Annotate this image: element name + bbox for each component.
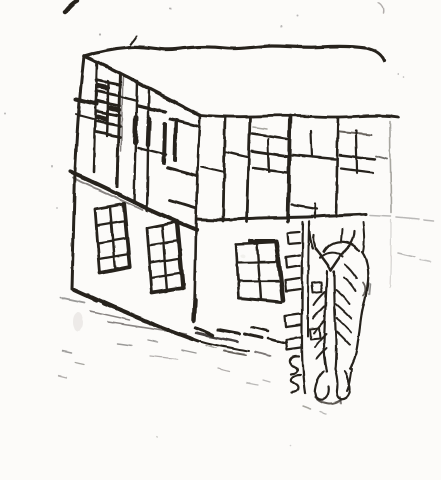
paper-specks [4,8,405,446]
roof-line [84,46,384,61]
stray-comma-stroke [65,1,383,44]
cross-window [340,131,387,173]
left-window-2 [147,222,183,293]
right-window [236,241,283,302]
left-window-1 [95,204,130,273]
dark-bar-window [164,121,176,163]
sketch-page [0,0,441,480]
sketch-canvas [0,0,441,480]
right-facade-band [201,116,391,222]
tree [309,221,370,403]
lattice-window [96,80,120,137]
